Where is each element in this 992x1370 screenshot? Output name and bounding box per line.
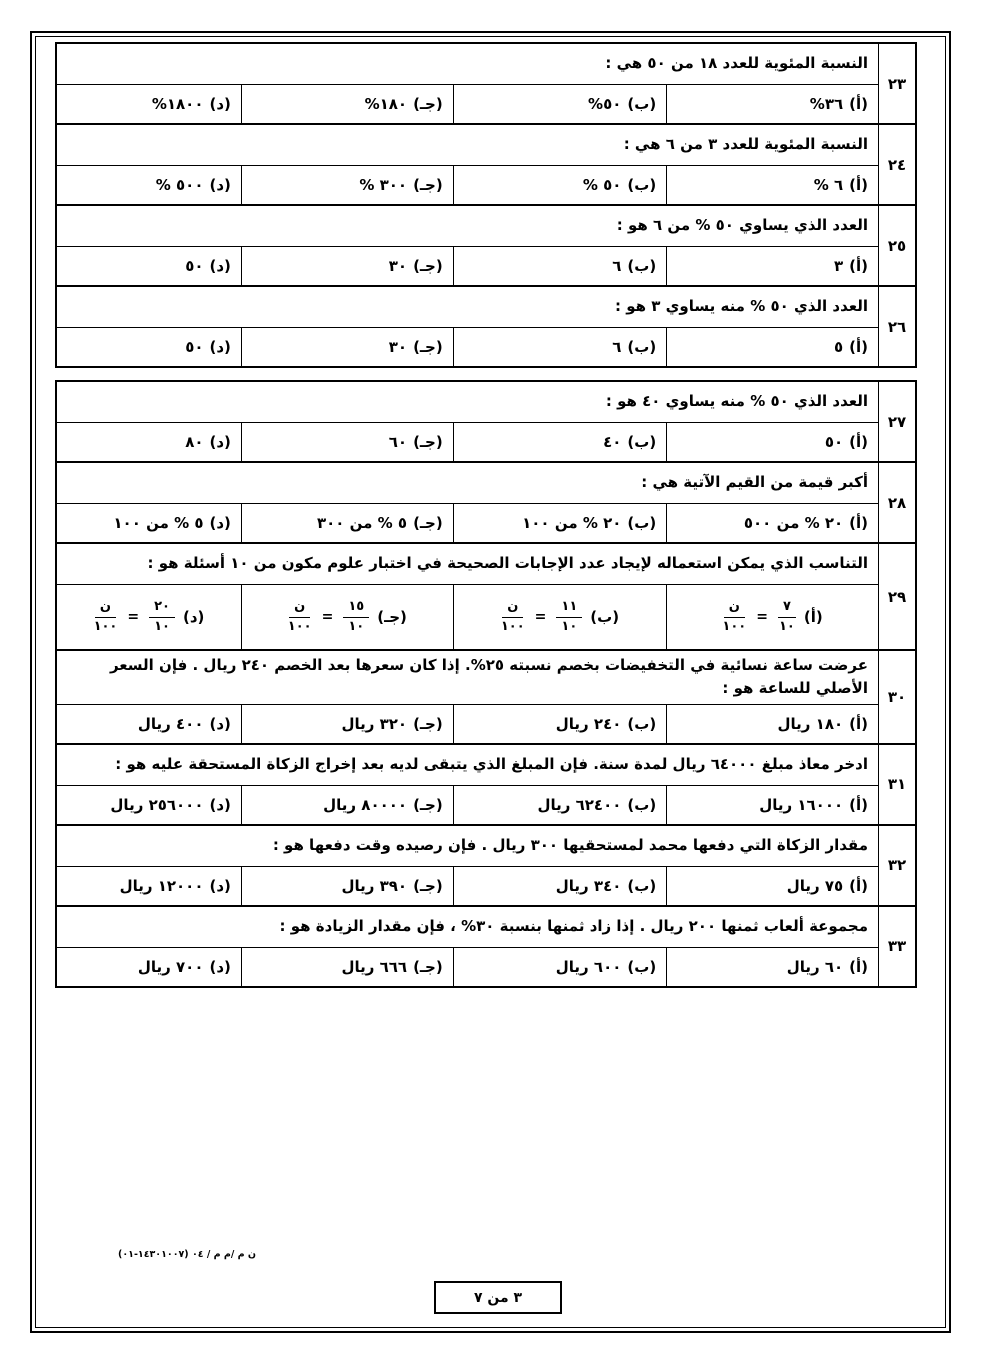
fraction-numerator: ن: [289, 600, 310, 618]
options-row: (أ)١٨٠ ريال(ب)٢٤٠ ريال(جـ)٣٢٠ ريال(د)٤٠٠…: [57, 705, 878, 743]
option-value: ٨٠: [185, 433, 203, 451]
option-cell: (ب)٥٠ %: [453, 166, 666, 204]
fraction-numerator: ١١: [556, 600, 582, 618]
option-label: (ب): [627, 257, 656, 275]
question-body: مجموعة ألعاب ثمنها ٢٠٠ ريال . إذا زاد ثم…: [57, 907, 878, 986]
fraction-numerator: ١٥: [343, 600, 369, 618]
option-cell: (ب)٥٠%: [453, 85, 666, 123]
options-row: (أ)٥(ب)٦(جـ)٣٠(د)٥٠: [57, 328, 878, 366]
option-label: (د): [210, 514, 231, 532]
option-label: (د): [210, 95, 231, 113]
option-cell: (د)١٨٠٠%: [57, 85, 241, 123]
option-label: (جـ): [377, 608, 407, 626]
question-table-block: ٢٧العدد الذي ٥٠ % منه يساوي ٤٠ هو :(أ)٥٠…: [55, 380, 917, 988]
option-label: (ب): [627, 715, 656, 733]
question-row: ٢٣النسبة المئوية للعدد ١٨ من ٥٠ هي :(أ)٣…: [57, 44, 915, 123]
fraction-denominator: ١٠: [779, 618, 795, 635]
option-cell: (أ)٦٠ ريال: [666, 948, 878, 986]
options-row: (أ)٢٠ % من ٥٠٠(ب)٢٠ % من ١٠٠(جـ)٥ % من ٣…: [57, 504, 878, 542]
fraction-numerator: ن: [95, 600, 116, 618]
option-value: ٨٠٠٠٠ ريال: [323, 796, 407, 814]
question-text: العدد الذي ٥٠ % منه يساوي ٣ هو :: [57, 287, 878, 328]
option-cell: (جـ)٣٠: [241, 328, 453, 366]
fraction: ن١٠٠: [501, 600, 525, 635]
option-value: ٧٥ ريال: [787, 877, 843, 895]
option-value: ٤٠: [603, 433, 621, 451]
fraction-numerator: ن: [724, 600, 745, 618]
question-text: عرضت ساعة نسائية في التخفيضات بخصم نسبته…: [57, 651, 878, 705]
fraction: ن١٠٠: [94, 600, 118, 635]
option-label: (جـ): [413, 958, 443, 976]
option-value: ٢٠ % من ١٠٠: [522, 514, 621, 532]
option-value: ٣٩٠ ريال: [341, 877, 407, 895]
question-body: النسبة المئوية للعدد ١٨ من ٥٠ هي :(أ)٣٦%…: [57, 44, 878, 123]
option-label: (د): [210, 433, 231, 451]
option-label: (ب): [627, 338, 656, 356]
question-body: عرضت ساعة نسائية في التخفيضات بخصم نسبته…: [57, 651, 878, 743]
footer-code: ن م /م م / ٠٤ (١٤٣٠١٠٠٧-٠١): [118, 1249, 256, 1260]
option-label: (جـ): [413, 433, 443, 451]
option-cell: (أ)٥: [666, 328, 878, 366]
question-body: أكبر قيمة من القيم الآتية هي :(أ)٢٠ % من…: [57, 463, 878, 542]
option-label: (ب): [627, 176, 656, 194]
option-value: ٥ % من ٣٠٠: [317, 514, 407, 532]
option-cell: (أ)١٨٠ ريال: [666, 705, 878, 743]
option-label: (أ): [849, 514, 868, 532]
equals-sign: =: [322, 609, 334, 625]
question-row: ٢٦العدد الذي ٥٠ % منه يساوي ٣ هو :(أ)٥(ب…: [57, 285, 915, 366]
option-cell: (جـ)١٥١٠=ن١٠٠: [241, 585, 453, 649]
option-value: ٣: [834, 257, 843, 275]
fraction-numerator: ٢٠: [149, 600, 175, 618]
option-value: ٦ %: [814, 176, 843, 194]
equals-sign: =: [127, 609, 139, 625]
question-tables: ٢٣النسبة المئوية للعدد ١٨ من ٥٠ هي :(أ)٣…: [55, 42, 917, 988]
option-label: (جـ): [413, 95, 443, 113]
option-value: ٥ % من ١٠٠: [113, 514, 203, 532]
option-label: (جـ): [413, 514, 443, 532]
question-number: ٣٣: [878, 907, 915, 986]
option-label: (أ): [849, 257, 868, 275]
fraction: ١١١٠: [556, 600, 582, 635]
option-value: ٧٠٠ ريال: [138, 958, 204, 976]
question-row: ٢٥العدد الذي يساوي ٥٠ % من ٦ هو :(أ)٣(ب)…: [57, 204, 915, 285]
question-body: مقدار الزكاة التي دفعها محمد لمستحقيها ٣…: [57, 826, 878, 905]
option-cell: (د)٧٠٠ ريال: [57, 948, 241, 986]
option-value: ٥٠٠ %: [156, 176, 204, 194]
option-value: ٢٤٠ ريال: [556, 715, 622, 733]
fraction: ٢٠١٠: [149, 600, 175, 635]
option-cell: (جـ)٦٦٦ ريال: [241, 948, 453, 986]
fraction: ن١٠٠: [722, 600, 746, 635]
option-value: ٣٤٠ ريال: [556, 877, 622, 895]
option-value: ٦٠: [389, 433, 407, 451]
option-value: ٦٦٦ ريال: [341, 958, 407, 976]
option-value: ١٨٠٠%: [152, 95, 204, 113]
question-number: ٣٢: [878, 826, 915, 905]
question-body: ادخر معاذ مبلغ ٦٤٠٠٠ ريال لمدة سنة. فإن …: [57, 745, 878, 824]
page-number-text: ٣ من ٧: [474, 1290, 522, 1306]
option-cell: (جـ)٨٠٠٠٠ ريال: [241, 786, 453, 824]
option-label: (ب): [627, 958, 656, 976]
option-cell: (جـ)٣٢٠ ريال: [241, 705, 453, 743]
option-label: (أ): [849, 433, 868, 451]
option-label: (أ): [849, 176, 868, 194]
options-row: (أ)٧١٠=ن١٠٠(ب)١١١٠=ن١٠٠(جـ)١٥١٠=ن١٠٠(د)٢…: [57, 585, 878, 649]
option-label: (د): [210, 715, 231, 733]
page-number-box: ٣ من ٧: [434, 1281, 562, 1314]
option-cell: (ب)٦: [453, 328, 666, 366]
question-row: ٣٠عرضت ساعة نسائية في التخفيضات بخصم نسب…: [57, 649, 915, 743]
option-value: ٥٠%: [588, 95, 621, 113]
option-cell: (د)٥٠: [57, 247, 241, 285]
options-row: (أ)٧٥ ريال(ب)٣٤٠ ريال(جـ)٣٩٠ ريال(د)١٢٠٠…: [57, 867, 878, 905]
option-cell: (د)٥ % من ١٠٠: [57, 504, 241, 542]
option-cell: (د)٨٠: [57, 423, 241, 461]
option-label: (د): [210, 958, 231, 976]
option-cell: (د)٢٠١٠=ن١٠٠: [57, 585, 241, 649]
option-label: (ب): [590, 608, 619, 626]
option-cell: (ب)٦٢٤٠٠ ريال: [453, 786, 666, 824]
option-label: (أ): [849, 95, 868, 113]
question-row: ٢٨أكبر قيمة من القيم الآتية هي :(أ)٢٠ % …: [57, 461, 915, 542]
question-text: مجموعة ألعاب ثمنها ٢٠٠ ريال . إذا زاد ثم…: [57, 907, 878, 948]
option-cell: (جـ)٣٩٠ ريال: [241, 867, 453, 905]
fraction-denominator: ١٠: [348, 618, 364, 635]
option-cell: (د)٥٠: [57, 328, 241, 366]
question-body: العدد الذي يساوي ٥٠ % من ٦ هو :(أ)٣(ب)٦(…: [57, 206, 878, 285]
option-label: (جـ): [413, 715, 443, 733]
options-row: (أ)٦٠ ريال(ب)٦٠٠ ريال(جـ)٦٦٦ ريال(د)٧٠٠ …: [57, 948, 878, 986]
question-number: ٢٤: [878, 125, 915, 204]
option-cell: (د)٢٥٦٠٠٠ ريال: [57, 786, 241, 824]
question-number: ٣١: [878, 745, 915, 824]
option-label: (د): [183, 608, 204, 626]
option-cell: (جـ)٥ % من ٣٠٠: [241, 504, 453, 542]
option-label: (د): [210, 338, 231, 356]
option-cell: (أ)١٦٠٠٠ ريال: [666, 786, 878, 824]
question-row: ٢٧العدد الذي ٥٠ % منه يساوي ٤٠ هو :(أ)٥٠…: [57, 382, 915, 461]
options-row: (أ)٦ %(ب)٥٠ %(جـ)٣٠٠ %(د)٥٠٠ %: [57, 166, 878, 204]
option-label: (أ): [849, 796, 868, 814]
option-value: ٣٦%: [810, 95, 843, 113]
option-label: (ب): [627, 796, 656, 814]
option-value: ٣٢٠ ريال: [341, 715, 407, 733]
question-text: النسبة المئوية للعدد ٣ من ٦ هي :: [57, 125, 878, 166]
question-row: ٣٢مقدار الزكاة التي دفعها محمد لمستحقيها…: [57, 824, 915, 905]
options-row: (أ)١٦٠٠٠ ريال(ب)٦٢٤٠٠ ريال(جـ)٨٠٠٠٠ ريال…: [57, 786, 878, 824]
question-text: النسبة المئوية للعدد ١٨ من ٥٠ هي :: [57, 44, 878, 85]
option-cell: (أ)٣: [666, 247, 878, 285]
option-value: ٣٠: [389, 257, 407, 275]
option-cell: (أ)٧٥ ريال: [666, 867, 878, 905]
option-cell: (ب)٤٠: [453, 423, 666, 461]
question-row: ٣١ادخر معاذ مبلغ ٦٤٠٠٠ ريال لمدة سنة. فإ…: [57, 743, 915, 824]
question-number: ٣٠: [878, 651, 915, 743]
option-label: (أ): [804, 608, 823, 626]
question-body: النسبة المئوية للعدد ٣ من ٦ هي :(أ)٦ %(ب…: [57, 125, 878, 204]
option-cell: (أ)٥٠: [666, 423, 878, 461]
option-cell: (أ)٢٠ % من ٥٠٠: [666, 504, 878, 542]
option-cell: (ب)٦: [453, 247, 666, 285]
option-cell: (د)١٢٠٠٠ ريال: [57, 867, 241, 905]
option-value: ١٨٠%: [365, 95, 408, 113]
option-label: (أ): [849, 877, 868, 895]
option-label: (جـ): [413, 338, 443, 356]
option-cell: (د)٥٠٠ %: [57, 166, 241, 204]
question-body: التناسب الذي يمكن استعماله لإيجاد عدد ال…: [57, 544, 878, 649]
fraction-denominator: ١٠٠: [94, 618, 118, 635]
option-cell: (جـ)٣٠: [241, 247, 453, 285]
option-cell: (ب)٢٠ % من ١٠٠: [453, 504, 666, 542]
fraction-denominator: ١٠٠: [288, 618, 312, 635]
option-cell: (أ)٣٦%: [666, 85, 878, 123]
option-value: ١٦٠٠٠ ريال: [759, 796, 843, 814]
option-label: (أ): [849, 958, 868, 976]
option-value: ٥٠: [825, 433, 843, 451]
option-value: ٦٠٠ ريال: [556, 958, 622, 976]
option-value: ٣٠: [389, 338, 407, 356]
option-value: ١٢٠٠٠ ريال: [120, 877, 204, 895]
option-value: ١٨٠ ريال: [778, 715, 844, 733]
option-value: ٣٠٠ %: [359, 176, 407, 194]
option-label: (جـ): [413, 176, 443, 194]
question-text: أكبر قيمة من القيم الآتية هي :: [57, 463, 878, 504]
option-cell: (ب)٣٤٠ ريال: [453, 867, 666, 905]
question-number: ٢٨: [878, 463, 915, 542]
option-value: ٥: [834, 338, 843, 356]
option-label: (ب): [627, 433, 656, 451]
option-cell: (جـ)٣٠٠ %: [241, 166, 453, 204]
option-cell: (أ)٦ %: [666, 166, 878, 204]
option-label: (جـ): [413, 257, 443, 275]
option-label: (أ): [849, 338, 868, 356]
option-value: ٦: [612, 257, 621, 275]
question-table-block: ٢٣النسبة المئوية للعدد ١٨ من ٥٠ هي :(أ)٣…: [55, 42, 917, 368]
question-text: مقدار الزكاة التي دفعها محمد لمستحقيها ٣…: [57, 826, 878, 867]
question-text: ادخر معاذ مبلغ ٦٤٠٠٠ ريال لمدة سنة. فإن …: [57, 745, 878, 786]
question-body: العدد الذي ٥٠ % منه يساوي ٤٠ هو :(أ)٥٠(ب…: [57, 382, 878, 461]
option-value: ٢٠ % من ٥٠٠: [744, 514, 843, 532]
fraction-numerator: ن: [502, 600, 523, 618]
option-value: ٤٠٠ ريال: [138, 715, 204, 733]
option-cell: (جـ)١٨٠%: [241, 85, 453, 123]
options-row: (أ)٣(ب)٦(جـ)٣٠(د)٥٠: [57, 247, 878, 285]
option-label: (د): [210, 877, 231, 895]
fraction: ١٥١٠: [343, 600, 369, 635]
option-cell: (د)٤٠٠ ريال: [57, 705, 241, 743]
options-row: (أ)٥٠(ب)٤٠(جـ)٦٠(د)٨٠: [57, 423, 878, 461]
equals-sign: =: [756, 609, 768, 625]
equals-sign: =: [535, 609, 547, 625]
option-cell: (ب)٢٤٠ ريال: [453, 705, 666, 743]
option-label: (د): [210, 257, 231, 275]
question-text: العدد الذي يساوي ٥٠ % من ٦ هو :: [57, 206, 878, 247]
option-label: (جـ): [413, 796, 443, 814]
question-number: ٢٣: [878, 44, 915, 123]
option-label: (أ): [849, 715, 868, 733]
question-text: التناسب الذي يمكن استعماله لإيجاد عدد ال…: [57, 544, 878, 585]
option-cell: (أ)٧١٠=ن١٠٠: [666, 585, 878, 649]
fraction-denominator: ١٠٠: [501, 618, 525, 635]
option-value: ٦: [612, 338, 621, 356]
option-cell: (ب)٦٠٠ ريال: [453, 948, 666, 986]
option-label: (د): [210, 796, 231, 814]
option-value: ٥٠: [185, 338, 203, 356]
option-value: ٦٠ ريال: [787, 958, 843, 976]
option-cell: (جـ)٦٠: [241, 423, 453, 461]
options-row: (أ)٣٦%(ب)٥٠%(جـ)١٨٠%(د)١٨٠٠%: [57, 85, 878, 123]
question-number: ٢٧: [878, 382, 915, 461]
fraction-denominator: ١٠٠: [722, 618, 746, 635]
question-number: ٢٩: [878, 544, 915, 649]
fraction-numerator: ٧: [778, 600, 796, 618]
question-number: ٢٦: [878, 287, 915, 366]
fraction: ٧١٠: [778, 600, 796, 635]
question-row: ٢٤النسبة المئوية للعدد ٣ من ٦ هي :(أ)٦ %…: [57, 123, 915, 204]
option-value: ٥٠: [185, 257, 203, 275]
option-value: ٢٥٦٠٠٠ ريال: [110, 796, 203, 814]
option-label: (ب): [627, 877, 656, 895]
question-row: ٣٣مجموعة ألعاب ثمنها ٢٠٠ ريال . إذا زاد …: [57, 905, 915, 986]
option-label: (د): [210, 176, 231, 194]
question-number: ٢٥: [878, 206, 915, 285]
fraction-denominator: ١٠: [561, 618, 577, 635]
option-cell: (ب)١١١٠=ن١٠٠: [453, 585, 666, 649]
fraction: ن١٠٠: [288, 600, 312, 635]
option-label: (ب): [627, 95, 656, 113]
option-value: ٦٢٤٠٠ ريال: [537, 796, 621, 814]
option-value: ٥٠ %: [583, 176, 622, 194]
question-body: العدد الذي ٥٠ % منه يساوي ٣ هو :(أ)٥(ب)٦…: [57, 287, 878, 366]
option-label: (جـ): [413, 877, 443, 895]
question-row: ٢٩التناسب الذي يمكن استعماله لإيجاد عدد …: [57, 542, 915, 649]
fraction-denominator: ١٠: [154, 618, 170, 635]
question-text: العدد الذي ٥٠ % منه يساوي ٤٠ هو :: [57, 382, 878, 423]
option-label: (ب): [627, 514, 656, 532]
